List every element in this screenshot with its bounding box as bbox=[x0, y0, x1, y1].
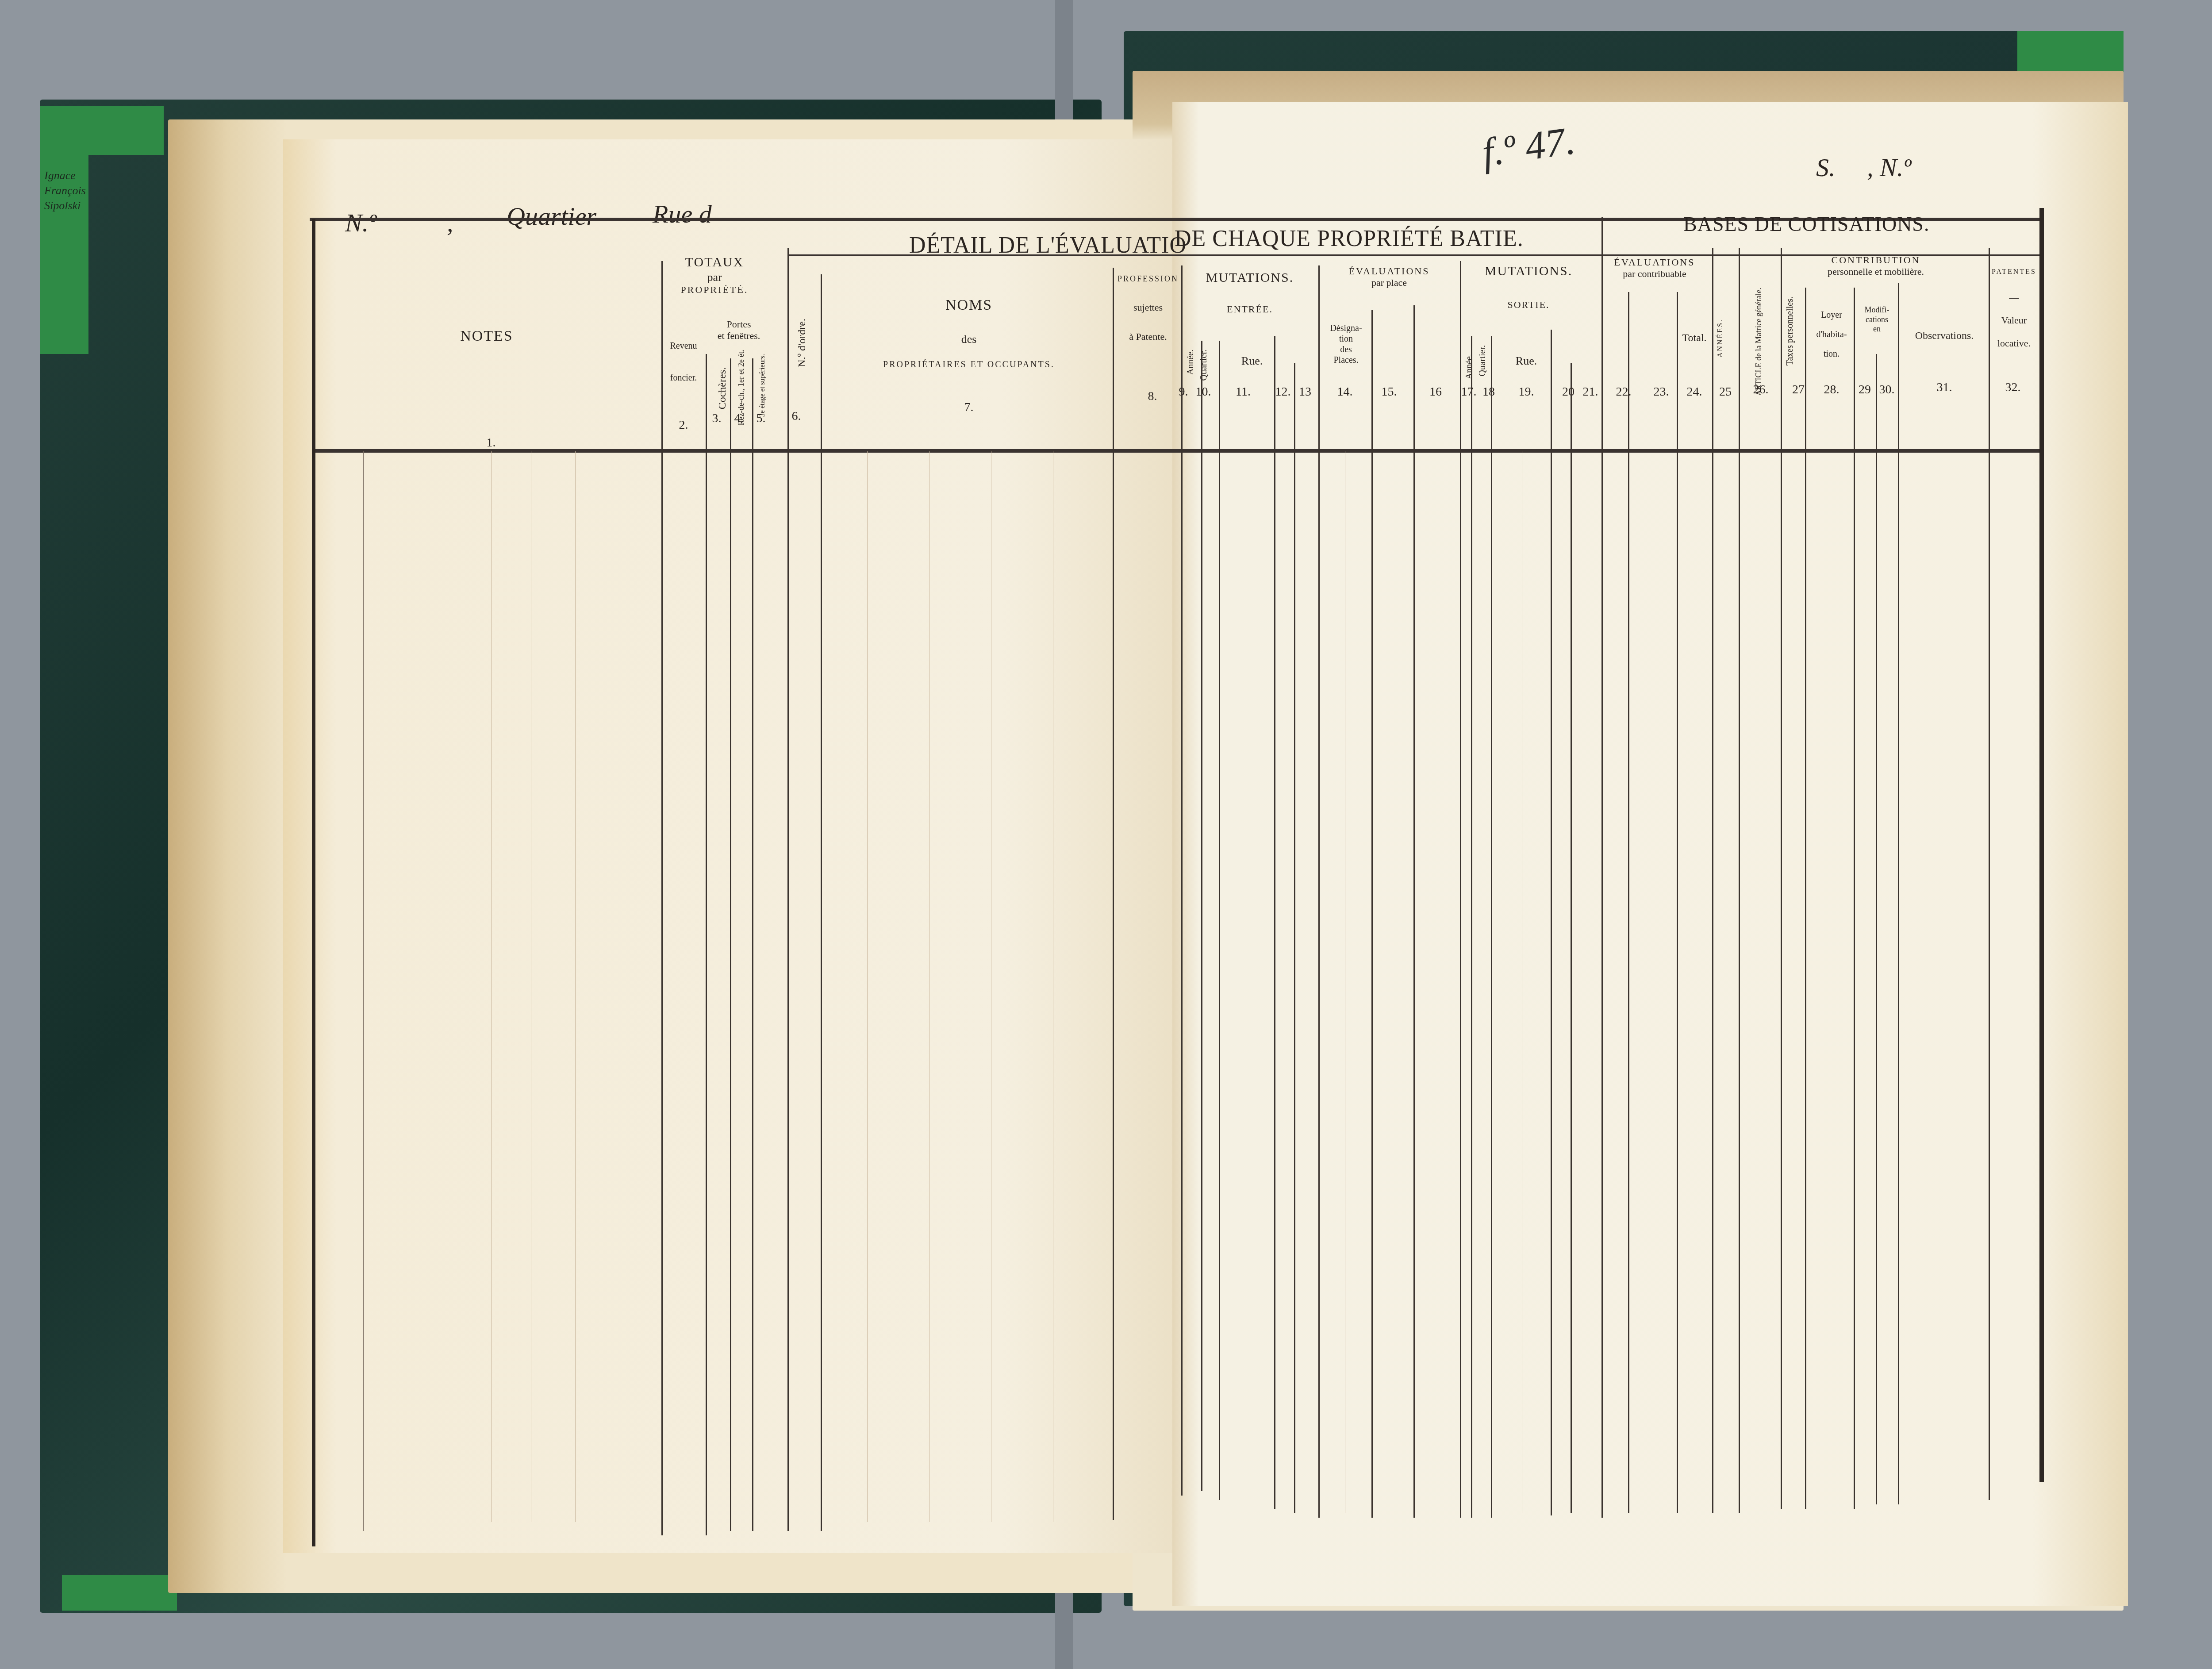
quarter-label: Quartier bbox=[507, 201, 596, 231]
total-header: Total. bbox=[1679, 332, 1710, 345]
rule bbox=[1181, 265, 1183, 1496]
rule bbox=[1739, 248, 1740, 1513]
annee-entree-label: Année. bbox=[1186, 350, 1196, 375]
header-bottom-rule bbox=[314, 449, 2044, 453]
rule bbox=[1491, 336, 1492, 1518]
modifications-header: Modifi-cationsen bbox=[1856, 305, 1898, 334]
col-num-28: 28. bbox=[1818, 383, 1845, 397]
faint-rule bbox=[867, 451, 868, 1522]
mutations-entree-header: MUTATIONS. ENTRÉE. bbox=[1181, 270, 1318, 315]
faint-rule bbox=[929, 451, 929, 1522]
col-num-1: 1. bbox=[478, 436, 504, 450]
col-num-26: 26. bbox=[1747, 383, 1774, 397]
rule bbox=[1876, 354, 1877, 1504]
cocheres-label: Cochères. bbox=[717, 367, 729, 409]
section-title-property: DE CHAQUE PROPRIÉTÉ BATIE. bbox=[1175, 226, 1524, 252]
rule bbox=[1601, 217, 1603, 1518]
col-num-11: 11. bbox=[1230, 385, 1256, 399]
numero-ordre-label: N.º d'ordre. bbox=[796, 319, 808, 367]
mutations-sortie-header: MUTATIONS. SORTIE. bbox=[1460, 263, 1597, 311]
faint-rule bbox=[1438, 451, 1438, 1513]
rule bbox=[1201, 341, 1202, 1491]
cover-corner-bottom-left bbox=[62, 1575, 177, 1611]
rule bbox=[363, 451, 364, 1531]
rule bbox=[1989, 248, 1990, 1500]
contribution-header: CONTRIBUTION personnelle et mobilière. bbox=[1783, 254, 1969, 278]
col-num-25: 25 bbox=[1712, 385, 1739, 399]
section-label: S. bbox=[1816, 153, 1836, 182]
rule bbox=[1371, 310, 1373, 1518]
faint-rule bbox=[1053, 451, 1053, 1522]
col-num-18: 18 bbox=[1475, 385, 1502, 399]
profession-header: PROFESSION sujettes à Patente. bbox=[1115, 274, 1181, 342]
rule bbox=[661, 261, 663, 1535]
right-page bbox=[1172, 102, 2128, 1606]
number-label: N.º bbox=[345, 208, 376, 238]
col-num-31: 31. bbox=[1931, 381, 1958, 395]
annee-sortie-label: Année. bbox=[1464, 354, 1475, 379]
col-num-19: 19. bbox=[1513, 385, 1540, 399]
section-title-bases: BASES DE COTISATIONS. bbox=[1683, 212, 1929, 236]
col-num-24: 24. bbox=[1681, 385, 1708, 399]
col-num-13: 13 bbox=[1292, 385, 1318, 399]
rule bbox=[1413, 305, 1415, 1518]
margin-handwritten-note: Ignace François Sipolski bbox=[44, 168, 86, 213]
rule bbox=[787, 248, 789, 1531]
faint-rule bbox=[1522, 451, 1522, 1513]
street-label: Rue d bbox=[653, 199, 712, 229]
taxes-personnelles-label: Taxes personnelles. bbox=[1785, 296, 1795, 365]
rule bbox=[821, 274, 822, 1531]
section-title-detail: DÉTAIL DE L'ÉVALUATIO bbox=[909, 232, 1187, 258]
rule bbox=[1318, 265, 1320, 1518]
annees-label: ANNÉES. bbox=[1717, 319, 1724, 358]
col-num-15: 15. bbox=[1376, 385, 1402, 399]
noms-header: NOMS des PROPRIÉTAIRES ET OCCUPANTS. bbox=[823, 296, 1115, 370]
table-right-border bbox=[2039, 208, 2044, 1482]
quartier-entree-label: Quartier. bbox=[1199, 350, 1209, 381]
faint-rule bbox=[575, 451, 576, 1522]
number-label-right: , N.º bbox=[1867, 153, 1911, 182]
observations-header: Observations. bbox=[1900, 330, 1989, 342]
valeur-locative-header: —Valeurlocative. bbox=[1989, 292, 2039, 349]
revenu-header: Revenufoncier. bbox=[661, 341, 706, 383]
table-left-border bbox=[312, 219, 315, 1546]
col-num-16: 16 bbox=[1422, 385, 1449, 399]
rule bbox=[1460, 261, 1461, 1518]
col-num-27: 27 bbox=[1785, 383, 1812, 397]
col-num-6: 6. bbox=[783, 409, 810, 423]
article-matrice-label: ARTICLE de la Matrice générale. bbox=[1754, 288, 1763, 396]
col-num-30: 30. bbox=[1874, 383, 1900, 397]
rule bbox=[1898, 283, 1899, 1504]
col-num-22: 22. bbox=[1610, 385, 1637, 399]
col-num-14: 14. bbox=[1332, 385, 1358, 399]
faint-rule bbox=[531, 451, 531, 1522]
col-num-32: 32. bbox=[2000, 381, 2026, 395]
faint-rule bbox=[991, 451, 991, 1522]
rule bbox=[752, 358, 753, 1531]
col-num-10: 10. bbox=[1190, 385, 1217, 399]
portes-header: Portes et fenêtres. bbox=[708, 319, 770, 342]
notes-header: NOTES bbox=[398, 327, 575, 346]
rule bbox=[1471, 336, 1472, 1518]
rule bbox=[1712, 248, 1713, 1513]
quartier-sortie-label: Quartier. bbox=[1478, 345, 1488, 377]
rule bbox=[1294, 363, 1295, 1513]
evaluations-contribuable-header: ÉVALUATIONS par contribuable bbox=[1601, 257, 1708, 280]
rule bbox=[730, 358, 731, 1531]
col-num-21: 21. bbox=[1577, 385, 1604, 399]
faint-rule bbox=[491, 451, 492, 1522]
rule bbox=[1274, 336, 1275, 1509]
rule bbox=[1628, 292, 1629, 1513]
col-num-2: 2. bbox=[670, 418, 697, 432]
designation-places: Désigna-tiondesPlaces. bbox=[1321, 323, 1371, 365]
faint-rule bbox=[1345, 451, 1345, 1513]
rule bbox=[1854, 288, 1855, 1509]
loyer-header: Loyerd'habita-tion. bbox=[1809, 310, 1854, 359]
cover-corner-top bbox=[53, 106, 164, 155]
rule bbox=[1113, 268, 1114, 1520]
rule bbox=[1781, 248, 1782, 1509]
rule bbox=[1677, 292, 1678, 1513]
rule bbox=[1805, 288, 1806, 1509]
col-num-5: 5. bbox=[748, 411, 774, 426]
rule bbox=[1551, 330, 1552, 1515]
troisieme-etage-label: 3e étage et supérieurs. bbox=[759, 354, 767, 417]
col-num-7: 7. bbox=[956, 400, 982, 415]
col-num-23: 23. bbox=[1648, 385, 1674, 399]
totaux-header: TOTAUX par PROPRIÉTÉ. bbox=[661, 254, 768, 296]
col-num-8: 8. bbox=[1139, 389, 1166, 404]
patentes-header: PATENTES bbox=[1989, 268, 2039, 276]
entree-rue: Rue. bbox=[1228, 354, 1276, 368]
sortie-rue: Rue. bbox=[1502, 354, 1551, 368]
rule bbox=[706, 354, 707, 1535]
comma: , bbox=[447, 208, 453, 238]
evaluations-place-header: ÉVALUATIONS par place bbox=[1318, 265, 1460, 289]
rule bbox=[1571, 363, 1572, 1513]
rule bbox=[1219, 341, 1220, 1500]
